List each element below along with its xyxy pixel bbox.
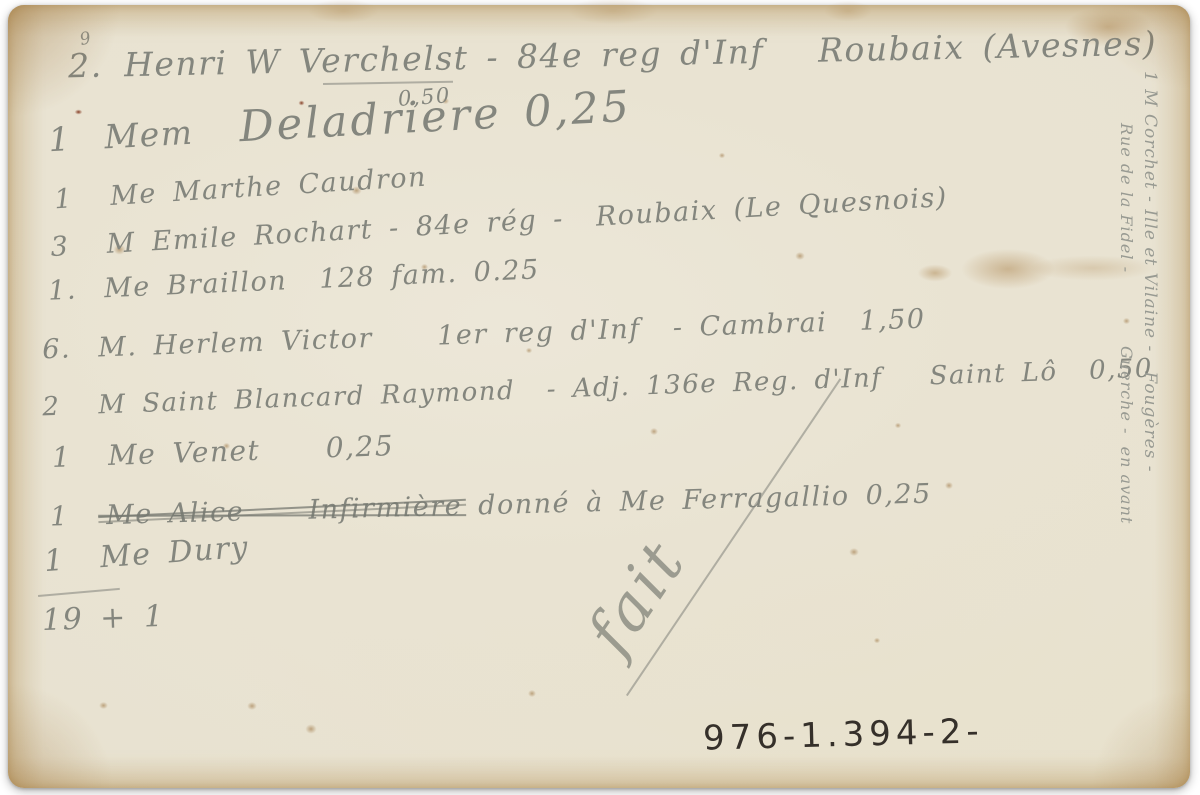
- margin-note-inner: Rue de la Fidel - Guerche - en avant: [1117, 123, 1136, 524]
- entry-line-2: 1MemDeladriere 0,25: [47, 82, 633, 163]
- entry-text: Henri W Verchelst - 84e reg d'Inf Roubai…: [124, 24, 1158, 85]
- foxing-dot: [944, 481, 954, 490]
- entry-count: 1: [43, 540, 101, 579]
- entry-line-5: 1.Me Braillon 128 fam. 0.25: [48, 254, 541, 306]
- foxing-dot: [98, 701, 109, 710]
- entry-text: Me Marthe Caudron: [109, 162, 427, 212]
- inventory-number: 976-1.394-2-: [703, 711, 985, 758]
- foxing-dot: [246, 701, 258, 711]
- foxing-dot: [304, 723, 318, 735]
- top-edge-stain: [296, 0, 391, 27]
- entry-text: Mem: [103, 113, 194, 157]
- scanned-document-page: 9 2.Henri W Verchelst - 84e reg d'Inf Ro…: [0, 0, 1200, 795]
- entry-text: Me Dury: [99, 530, 250, 575]
- entry-count: 1: [53, 181, 111, 215]
- crossed-out-text: Me Alice Infirmière: [106, 491, 463, 531]
- entry-text: M Saint Blancard Raymond - Adj. 136e Reg…: [98, 354, 1154, 421]
- entry-name-large: Deladriere 0,25: [238, 82, 633, 153]
- small-stain: [911, 261, 959, 285]
- entry-line-9: 1Me Alice Infirmière donné à Me Ferragal…: [50, 478, 932, 532]
- entry-text: M. Herlem Victor 1er reg d'Inf - Cambrai…: [98, 304, 926, 364]
- foxing-dot: [718, 152, 726, 159]
- foxing-dot: [527, 689, 537, 698]
- foxing-dot: [794, 251, 806, 261]
- entry-count: 6.: [42, 332, 99, 365]
- fait-annotation: fait: [572, 526, 700, 667]
- entry-count: 2: [42, 390, 99, 422]
- entry-text: Me Venet 0,25: [107, 429, 394, 472]
- entry-count: 3: [50, 229, 108, 263]
- entry-line-1: 2.Henri W Verchelst - 84e reg d'Inf Roub…: [68, 24, 1158, 86]
- entry-count: 1: [48, 117, 106, 159]
- margin-note-outer: 1 M Corchet - Ille et Vilaine - Fougères…: [1140, 71, 1160, 473]
- foxing-dot: [894, 422, 902, 429]
- entry-line-3: 1Me Marthe Caudron: [53, 162, 427, 216]
- large-stain: [943, 241, 1073, 297]
- entry-line-6: 6.M. Herlem Victor 1er reg d'Inf - Cambr…: [42, 304, 926, 366]
- foxing-dot: [848, 547, 860, 557]
- foxing-dot: [873, 637, 881, 644]
- top-edge-stain: [553, 0, 673, 29]
- total-count: 19 + 1: [41, 599, 165, 638]
- entry-line-10: 1Me Dury: [43, 530, 250, 579]
- entry-text: Me Braillon 128 fam. 0.25: [104, 254, 541, 304]
- entry-text: donné à Me Ferragallio 0,25: [462, 478, 932, 521]
- total-underline: [38, 588, 120, 597]
- photo-card-verso: 9 2.Henri W Verchelst - 84e reg d'Inf Ro…: [8, 5, 1190, 788]
- top-edge-stain: [816, 0, 880, 25]
- entry-count: 1.: [48, 273, 105, 306]
- entry-count: 1: [52, 439, 109, 474]
- entry-count: 2.: [68, 45, 125, 85]
- foxing-dot: [649, 427, 659, 436]
- entry-line-7: 2M Saint Blancard Raymond - Adj. 136e Re…: [42, 354, 1154, 423]
- entry-line-8: 1Me Venet 0,25: [52, 429, 395, 474]
